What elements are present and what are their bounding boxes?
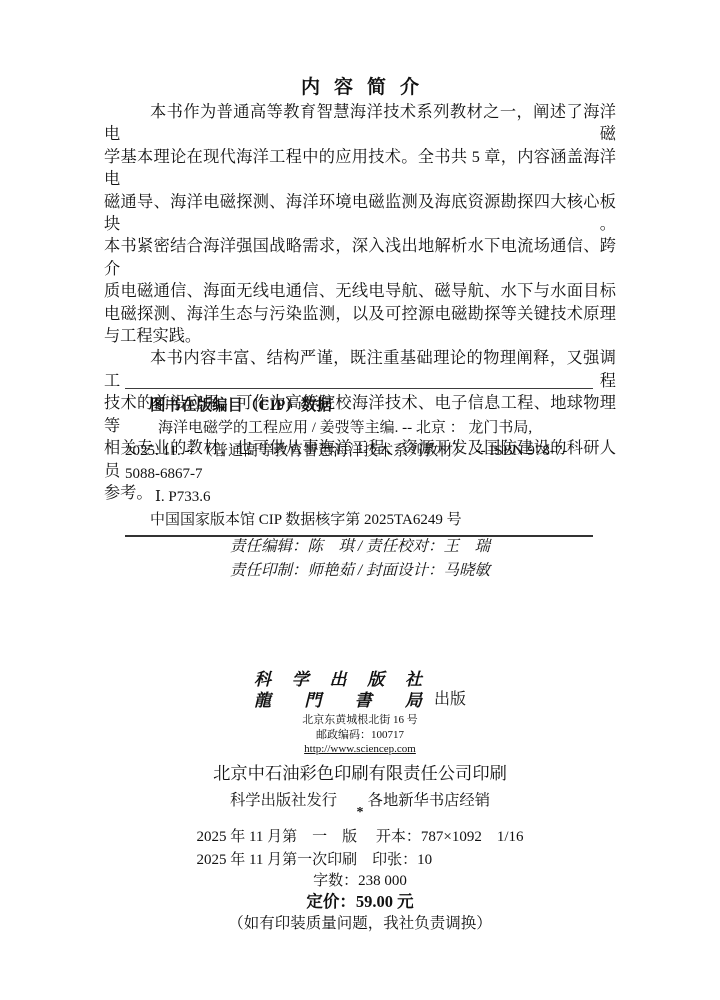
asterisk-separator: * xyxy=(0,805,720,821)
publisher-block: 科学出版社 龍門書局 出版 北京东黄城根北街 16 号 邮政编码：100717 … xyxy=(0,671,720,756)
word-count-line: 字数：238 000 xyxy=(0,869,720,890)
publisher-postcode: 邮政编码：100717 xyxy=(0,728,720,743)
cip-heading: 图书在版编目（CIP）数据 xyxy=(150,394,593,417)
printer-line: 北京中石油彩色印刷有限责任公司印刷 xyxy=(0,759,720,784)
logo-character: 門 xyxy=(304,692,321,710)
edition-info: 2025 年 11 月第 一 版 开本：787×1092 1/16 2025 年… xyxy=(0,826,720,871)
cip-classification-line: Ⅰ. P733.6 xyxy=(155,486,593,509)
longmen-books-logo-text: 龍門書局 xyxy=(254,692,422,710)
cip-record-number-line: 中国国家版本馆 CIP 数据核字第 2025TA6249 号 xyxy=(150,509,593,532)
science-press-logo-text: 科学出版社 xyxy=(254,671,422,689)
impression-line: 2025 年 11 月第一次印刷 印张：10 xyxy=(196,849,523,872)
page-title: 内容简介 xyxy=(0,72,720,99)
logo-character: 社 xyxy=(405,671,422,689)
logo-character: 科 xyxy=(254,671,271,689)
text-line: 本书紧密结合海洋强国战略需求，深入浅出地解析水下电流场通信、跨介 xyxy=(104,235,616,280)
edition-line: 2025 年 11 月第 一 版 开本：787×1092 1/16 xyxy=(196,826,523,849)
edition-info-inner: 2025 年 11 月第 一 版 开本：787×1092 1/16 2025 年… xyxy=(196,826,523,871)
staff-printing-line: 责任印制：师艳茹 / 封面设计：马晓敏 xyxy=(0,559,720,583)
publisher-logo-row: 科学出版社 龍門書局 出版 xyxy=(254,671,466,710)
cip-series-line: 2025. 11. -- （普通高等教育智慧海洋技术系列教材）. -- ISBN… xyxy=(125,440,593,463)
logo-character: 出 xyxy=(329,671,346,689)
logo-character: 局 xyxy=(405,692,422,710)
logo-character: 龍 xyxy=(254,692,271,710)
price-line: 定价：59.00 元 xyxy=(0,888,720,912)
text-line: 质电磁通信、海面无线电通信、无线电导航、磁导航、水下与水面目标 xyxy=(104,280,616,302)
logo-character: 学 xyxy=(292,671,309,689)
cip-isbn-line: 5088-6867-7 xyxy=(125,463,593,486)
quality-notice-line: （如有印装质量问题，我社负责调换） xyxy=(0,911,720,933)
text-line: 磁通导、海洋电磁探测、海洋环境电磁监测及海底资源勘探四大核心板块。 xyxy=(104,191,616,236)
logo-character: 版 xyxy=(367,671,384,689)
publisher-website-link: http://www.sciencep.com xyxy=(0,742,720,756)
text-line: 本书作为普通高等教育智慧海洋技术系列教材之一，阐述了海洋电磁 xyxy=(104,101,616,146)
staff-credits: 责任编辑：陈 琪 / 责任校对：王 瑞 责任印制：师艳茹 / 封面设计：马晓敏 xyxy=(0,535,720,583)
text-line: 与工程实践。 xyxy=(104,325,616,347)
text-line: 本书内容丰富、结构严谨，既注重基础理论的物理阐释，又强调工程 xyxy=(104,347,616,392)
logo-character: 書 xyxy=(355,692,372,710)
staff-editors-line: 责任编辑：陈 琪 / 责任校对：王 瑞 xyxy=(0,535,720,559)
text-line: 学基本理论在现代海洋工程中的应用技术。全书共 5 章，内容涵盖海洋电 xyxy=(104,146,616,191)
copyright-page: 内容简介 本书作为普通高等教育智慧海洋技术系列教材之一，阐述了海洋电磁学基本理论… xyxy=(0,0,720,1000)
text-line: 电磁探测、海洋生态与污染监测，以及可控源电磁勘探等关键技术原理 xyxy=(104,303,616,325)
publish-label: 出版 xyxy=(434,690,466,710)
cip-data-box: 图书在版编目（CIP）数据 海洋电磁学的工程应用 / 姜弢等主编. -- 北京 … xyxy=(125,388,593,537)
publisher-address: 北京东黄城根北街 16 号 xyxy=(0,713,720,728)
cip-book-line: 海洋电磁学的工程应用 / 姜弢等主编. -- 北京 ： 龙门书局, xyxy=(158,417,593,440)
intro-paragraph-1: 本书作为普通高等教育智慧海洋技术系列教材之一，阐述了海洋电磁学基本理论在现代海洋… xyxy=(104,101,616,347)
publisher-logo: 科学出版社 龍門書局 xyxy=(254,671,422,710)
